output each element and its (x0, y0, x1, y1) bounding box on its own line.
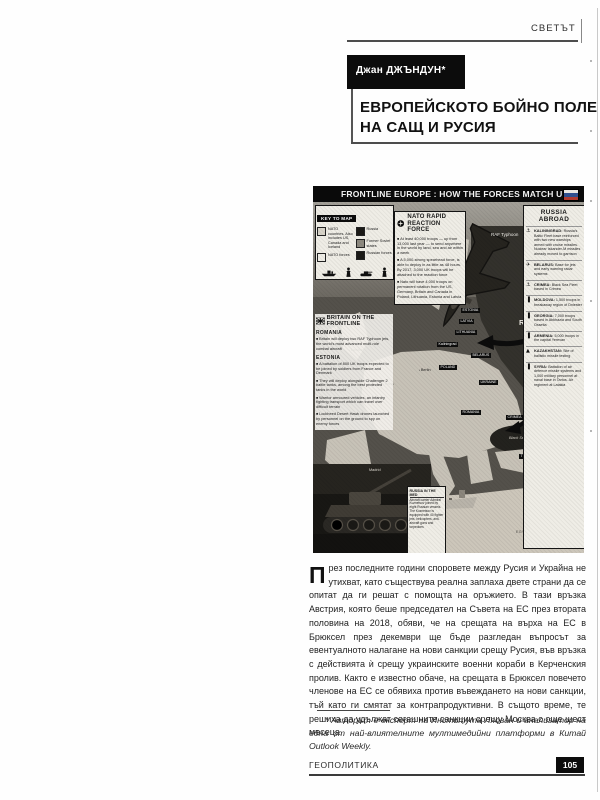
nato-bullet: At least 40,000 troops — up from 13,000 … (397, 237, 463, 256)
author-box: Джан ДЖЪНДУН* (347, 55, 465, 89)
label-madrid: Madrid (369, 468, 381, 472)
nato-panel-title: NATO RAPID REACTION FORCE (407, 214, 463, 234)
nato-emblem-icon (397, 217, 404, 230)
section-header: СВЕТЪТ (531, 23, 576, 34)
nato-forces-swatch (317, 253, 326, 262)
soldier-icon: ▐ (526, 365, 532, 388)
label-crimea: CRIMEA (506, 415, 523, 420)
russia-abroad-entry: ⚓ KALININGRAD: Russia's Baltic Fleet bas… (526, 226, 582, 256)
label-lithuania: LITHUANIA (455, 330, 477, 335)
tank-icon (359, 270, 373, 277)
nato-reaction-force-panel: NATO RAPID REACTION FORCE At least 40,00… (394, 211, 466, 305)
missile-icon: ▲ (526, 349, 532, 358)
russia-abroad-entry: ⚓ CRIMEA: Black Sea Fleet based in Crime… (526, 280, 582, 292)
key-item-nato-countries: NATO countries. Also includes US, Canada… (317, 227, 354, 250)
russia-abroad-entry: ▐ GEORGIA: 7,000 troops based in Abkhazi… (526, 311, 582, 328)
binding-mark (590, 430, 592, 432)
nato-bullet: A 5,000-strong spearhead force, is able … (397, 258, 463, 277)
magazine-page: СВЕТЪТ Джан ДЖЪНДУН* ЕВРОПЕЙСКОТО БОЙНО … (0, 0, 600, 800)
dropcap: П (309, 562, 329, 586)
russia-abroad-entry: ▐ MOLDOVA: 1,500 troops in breakaway reg… (526, 295, 582, 307)
britain-title: BRITAIN ON THE FRONTLINE (327, 315, 392, 327)
anchor-icon: ⚓ (526, 229, 532, 256)
med-box-text: Aircraft carrier Admiral Kuznetsov joine… (410, 499, 444, 530)
russia-abroad-title: RUSSIA ABROAD (526, 209, 582, 223)
estonia-heading: ESTONIA (316, 355, 392, 361)
estonia-bullet: Warrior armoured vehicles, an infantry f… (316, 396, 392, 410)
union-jack-icon (316, 317, 325, 325)
nato-countries-swatch (317, 227, 326, 236)
romania-bullet: Britain will deploy two RAF Typhoon jets… (316, 337, 392, 351)
title-rule (351, 142, 578, 144)
former-soviet-swatch (356, 239, 365, 248)
russia-in-the-med-box: RUSSIA IN THE MED Aircraft carrier Admir… (407, 486, 446, 553)
britain-frontline-panel: BRITAIN ON THE FRONTLINE ROMANIA Britain… (315, 314, 393, 430)
key-item-russia: Russia (356, 227, 393, 236)
page-number: 105 (556, 757, 584, 773)
footer-rule (309, 774, 585, 776)
estonia-bullet: They will deploy alongside Challenger 2 … (316, 379, 392, 393)
key-item-russian-forces: Russian forces (356, 251, 393, 260)
label-poland: POLAND (439, 365, 457, 370)
russia-abroad-entry: ✈ BELARUS: Base for jets and early warni… (526, 260, 582, 277)
soldier-icon (345, 267, 352, 277)
key-item-nato-forces: NATO forces (317, 253, 354, 262)
russia-abroad-entry: ▲ KAZAKHSTAN: Site of ballistic missile … (526, 346, 582, 358)
med-box-title: RUSSIA IN THE MED (410, 489, 444, 498)
anchor-icon: ⚓ (526, 283, 532, 292)
journal-name: ГЕОПОЛИТИКА (309, 760, 379, 770)
map-body: RAF Typhoon KEY TO MAP NATO countries. A… (313, 202, 584, 553)
footnote-rule (317, 710, 390, 711)
binding-mark (590, 300, 592, 302)
author-name: Джан ДЖЪНДУН* (347, 55, 465, 76)
title-connector-line (351, 89, 353, 143)
russia-abroad-entry: ▐ ARMENIA: 5,000 troops in the capital Y… (526, 331, 582, 343)
label-kaliningrad: Kaliningrad (437, 342, 458, 347)
soldier-icon: ▐ (526, 334, 532, 343)
soldier-icon: ▐ (526, 314, 532, 328)
soldier-icon: ▐ (526, 298, 532, 307)
estonia-bullet: A battalion of 800 UK troops expected to… (316, 362, 392, 376)
label-belarus: BELARUS (471, 353, 491, 358)
russian-forces-swatch (356, 251, 365, 260)
article-title: ЕВРОПЕЙСКОТО БОЙНО ПОЛЕ НА САЩ И РУСИЯ (360, 98, 597, 137)
russia-swatch (356, 227, 365, 236)
map-title: FRONTLINE EUROPE : HOW THE FORCES MATCH … (341, 189, 568, 199)
label-ukraine: UKRAINE (479, 380, 498, 385)
article-title-line1: ЕВРОПЕЙСКОТО БОЙНО ПОЛЕ (360, 98, 597, 118)
key-to-map-title: KEY TO MAP (317, 215, 356, 222)
key-item-former-soviet: Former Soviet states (356, 239, 393, 248)
label-romania: ROMANIA (461, 410, 481, 415)
header-tick (581, 19, 582, 43)
warship-icon (321, 269, 337, 277)
map-title-bar: FRONTLINE EUROPE : HOW THE FORCES MATCH … (313, 186, 584, 202)
russian-flag-icon (563, 189, 579, 201)
key-to-map-panel: KEY TO MAP NATO countries. Also includes… (315, 205, 394, 280)
russia-abroad-panel: RUSSIA ABROAD ⚓ KALININGRAD: Russia's Ba… (523, 205, 584, 549)
article-title-line2: НА САЩ И РУСИЯ (360, 118, 597, 138)
frontline-europe-infographic: FRONTLINE EUROPE : HOW THE FORCES MATCH … (313, 186, 584, 553)
header-rule (347, 40, 578, 42)
nato-bullet: Nato will have 4,000 troops on permanent… (397, 280, 463, 299)
label-latvia: LATVIA (459, 319, 474, 324)
label-estonia: ESTONIA (461, 308, 480, 313)
soldier-icon (381, 267, 388, 277)
jet-icon: ✈ (526, 263, 532, 277)
body-paragraph: рез последните години споровете между Ру… (309, 563, 586, 737)
footnote: * Авторът е експерт на Института Ляован … (309, 714, 586, 754)
binding-mark (590, 200, 592, 202)
russia-abroad-entry: ▐ SYRIA: Battalion of air defence missil… (526, 362, 582, 388)
raf-typhoon-label: RAF Typhoon (491, 232, 518, 237)
estonia-bullet: Lockheed Desert Hawk drones launched by … (316, 412, 392, 426)
label-berlin: Berlin (419, 368, 431, 372)
binding-mark (590, 60, 592, 62)
